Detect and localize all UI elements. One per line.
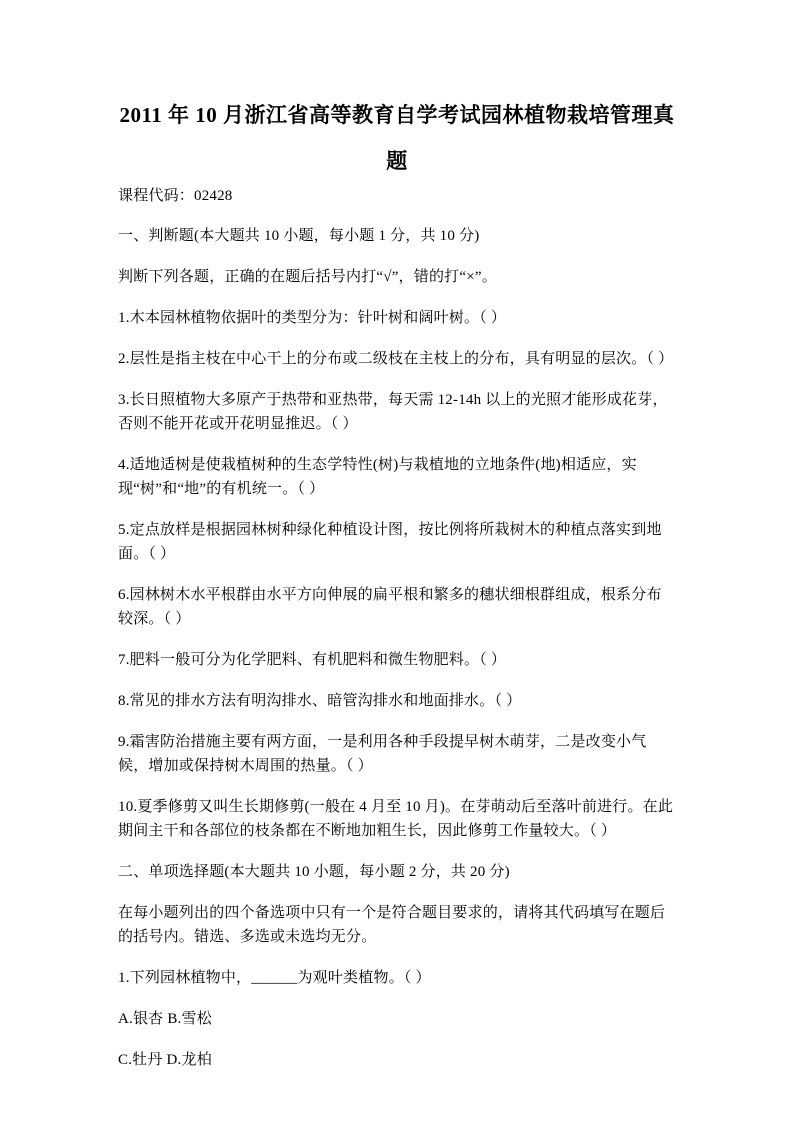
question-text: 9.霜害防治措施主要有两方面，一是利用各种手段提早树木萌芽，二是改变小气候，增加… [118,730,676,778]
section-2-heading: 二、单项选择题(本大题共 10 小题，每小题 2 分，共 20 分) [118,860,676,884]
document-title-line1: 2011 年 10 月浙江省高等教育自学考试园林植物栽培管理真 [119,103,674,127]
question-text: 1.木本园林植物依据叶的类型分为：针叶树和阔叶树。（ ） [118,306,676,330]
question-text: 6.园林树木水平根群由水平方向伸展的扁平根和繁多的穗状细根群组成，根系分布较深。… [118,583,676,631]
document-title-line2: 题 [386,149,408,173]
section-2-instruction: 在每小题列出的四个备选项中只有一个是符合题目要求的，请将其代码填写在题后的括号内… [118,901,676,949]
option-row-cd: C.牡丹 D.龙柏 [118,1048,676,1072]
section-1-instruction: 判断下列各题，正确的在题后括号内打“√”，错的打“×”。 [118,265,676,289]
course-code: 课程代码：02428 [118,184,676,208]
exam-document-page: 2011 年 10 月浙江省高等教育自学考试园林植物栽培管理真题 课程代码：02… [0,0,794,1123]
question-text: 5.定点放样是根据园林树种绿化种植设计图，按比例将所栽树木的种植点落实到地面。（… [118,518,676,566]
question-text: 10.夏季修剪又叫生长期修剪(一般在 4 月至 10 月)。在芽萌动后至落叶前进… [118,795,676,843]
document-content: 2011 年 10 月浙江省高等教育自学考试园林植物栽培管理真题 课程代码：02… [0,0,794,1072]
question-text: 1.下列园林植物中，______为观叶类植物。（ ） [118,966,676,990]
question-text: 7.肥料一般可分为化学肥料、有机肥料和微生物肥料。（ ） [118,648,676,672]
question-text: 8.常见的排水方法有明沟排水、暗管沟排水和地面排水。（ ） [118,689,676,713]
question-text: 2.层性是指主枝在中心干上的分布或二级枝在主枝上的分布，具有明显的层次。（ ） [118,347,676,371]
question-text: 4.适地适树是使栽植树种的生态学特性(树)与栽植地的立地条件(地)相适应，实现“… [118,453,676,501]
question-text: 3.长日照植物大多原产于热带和亚热带，每天需 12-14h 以上的光照才能形成花… [118,388,676,436]
document-title: 2011 年 10 月浙江省高等教育自学考试园林植物栽培管理真题 [118,92,676,184]
section-1-heading: 一、判断题(本大题共 10 小题，每小题 1 分，共 10 分) [118,224,676,248]
option-row-ab: A.银杏 B.雪松 [118,1007,676,1031]
